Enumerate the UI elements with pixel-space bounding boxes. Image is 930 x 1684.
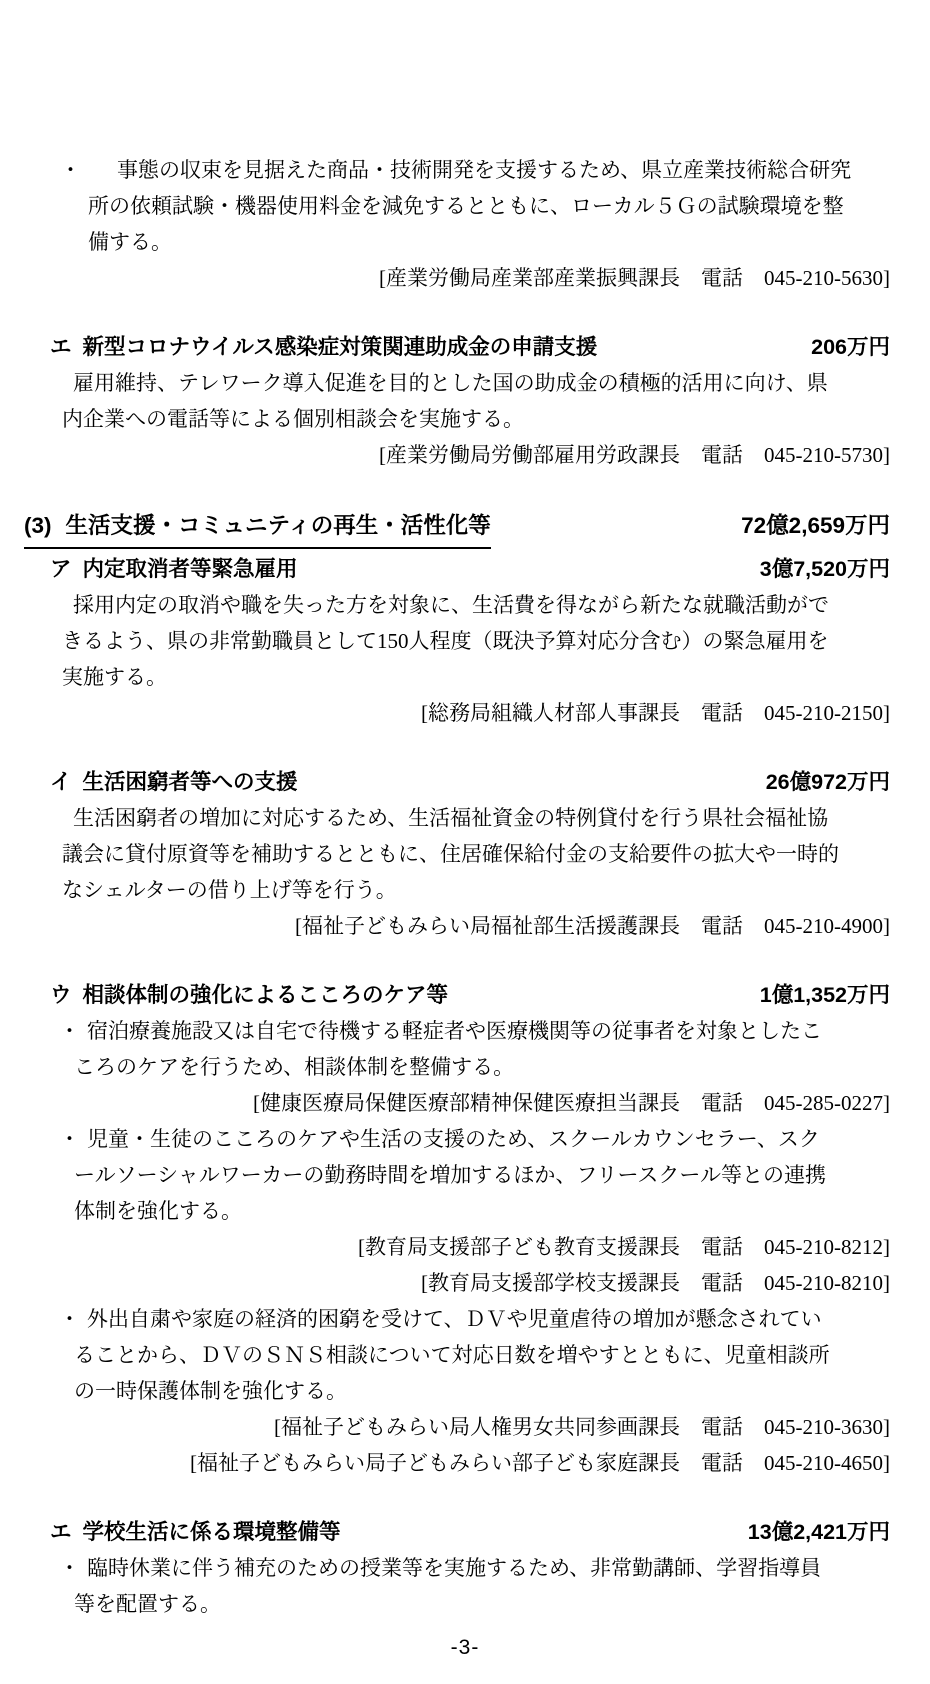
item-amount: 3億7,520万円 xyxy=(760,551,890,587)
item-school-environment: エ学校生活に係る環境整備等 13億2,421万円 ・ 臨時休業に伴う補充のための… xyxy=(24,1514,890,1622)
contact-line: [福祉子どもみらい局福祉部生活援護課長 電話 045-210-4900] xyxy=(24,908,890,944)
page-number: -3- xyxy=(0,1630,930,1666)
item-label: エ xyxy=(50,1520,72,1544)
item-title: 生活困窮者等への支援 xyxy=(83,770,298,794)
item-amount: 1億1,352万円 xyxy=(760,977,890,1013)
item-heading: ウ相談体制の強化によるこころのケア等 1億1,352万円 xyxy=(50,977,890,1013)
intro-bullet-block: ・ 事態の収束を見据えた商品・技術開発を支援するため、県立産業技術総合研究 所の… xyxy=(24,152,890,296)
section-heading-left: (3)生活支援・コミュニティの再生・活性化等 xyxy=(24,506,491,549)
bullet-icon: ・ xyxy=(60,152,81,188)
bullet-icon: ・ xyxy=(59,1301,80,1337)
contact-line: [産業労働局労働部雇用労政課長 電話 045-210-5730] xyxy=(24,437,890,473)
item-title: 学校生活に係る環境整備等 xyxy=(83,1520,341,1544)
item-heading: エ新型コロナウイルス感染症対策関連助成金の申請支援 206万円 xyxy=(50,329,890,365)
bullet-text: 外出自粛や家庭の経済的困窮を受けて、ＤＶや児童虐待の増加が懸念されてい ることか… xyxy=(74,1301,890,1409)
item-heading-left: ウ相談体制の強化によるこころのケア等 xyxy=(50,977,448,1013)
item-heading-left: ア内定取消者等緊急雇用 xyxy=(50,551,298,587)
bullet-text: 児童・生徒のこころのケアや生活の支援のため、スクールカウンセラー、スク ールソー… xyxy=(74,1121,890,1229)
item-label: ウ xyxy=(50,983,72,1007)
paragraph: 生活困窮者の増加に対応するため、生活福祉資金の特例貸付を行う県社会福祉協 議会に… xyxy=(62,800,890,908)
bullet-item: ・ 事態の収束を見据えた商品・技術開発を支援するため、県立産業技術総合研究 所の… xyxy=(88,152,890,260)
item-livelihood-support: イ生活困窮者等への支援 26億972万円 生活困窮者の増加に対応するため、生活福… xyxy=(24,764,890,944)
budget-document-page: ・ 事態の収束を見据えた商品・技術開発を支援するため、県立産業技術総合研究 所の… xyxy=(0,0,930,1622)
item-mental-care: ウ相談体制の強化によるこころのケア等 1億1,352万円 ・ 宿泊療養施設又は自… xyxy=(24,977,890,1481)
item-title: 相談体制の強化によるこころのケア等 xyxy=(83,983,449,1007)
bullet-icon: ・ xyxy=(59,1550,80,1586)
item-grant-application-support: エ新型コロナウイルス感染症対策関連助成金の申請支援 206万円 雇用維持、テレワ… xyxy=(24,329,890,473)
section-label: (3) xyxy=(24,513,52,538)
item-label: ア xyxy=(50,557,72,581)
contact-line: [産業労働局産業部産業振興課長 電話 045-210-5630] xyxy=(24,260,890,296)
bullet-item: ・ 外出自粛や家庭の経済的困窮を受けて、ＤＶや児童虐待の増加が懸念されてい るこ… xyxy=(74,1301,890,1409)
section-heading: (3)生活支援・コミュニティの再生・活性化等 72億2,659万円 xyxy=(24,506,890,549)
paragraph: 雇用維持、テレワーク導入促進を目的とした国の助成金の積極的活用に向け、県 内企業… xyxy=(62,365,890,437)
item-amount: 26億972万円 xyxy=(766,764,890,800)
bullet-item: ・ 臨時休業に伴う補充のための授業等を実施するため、非常勤講師、学習指導員 等を… xyxy=(74,1550,890,1622)
contact-line: [教育局支援部子ども教育支援課長 電話 045-210-8212] xyxy=(24,1229,890,1265)
contact-line: [福祉子どもみらい局人権男女共同参画課長 電話 045-210-3630] xyxy=(24,1409,890,1445)
bullet-item: ・ 児童・生徒のこころのケアや生活の支援のため、スクールカウンセラー、スク ール… xyxy=(74,1121,890,1229)
item-title: 新型コロナウイルス感染症対策関連助成金の申請支援 xyxy=(83,335,598,359)
item-heading-left: エ学校生活に係る環境整備等 xyxy=(50,1514,341,1550)
item-heading-left: イ生活困窮者等への支援 xyxy=(50,764,298,800)
section-title: 生活支援・コミュニティの再生・活性化等 xyxy=(66,513,491,538)
item-title: 内定取消者等緊急雇用 xyxy=(83,557,298,581)
bullet-text: 臨時休業に伴う補充のための授業等を実施するため、非常勤講師、学習指導員 等を配置… xyxy=(74,1550,890,1622)
item-label: エ xyxy=(50,335,72,359)
item-amount: 206万円 xyxy=(811,329,890,365)
bullet-text: 事態の収束を見据えた商品・技術開発を支援するため、県立産業技術総合研究 所の依頼… xyxy=(88,152,890,260)
item-amount: 13億2,421万円 xyxy=(748,1514,890,1550)
section-3-block: (3)生活支援・コミュニティの再生・活性化等 72億2,659万円 ア内定取消者… xyxy=(24,506,890,731)
item-label: イ xyxy=(50,770,72,794)
item-heading-left: エ新型コロナウイルス感染症対策関連助成金の申請支援 xyxy=(50,329,597,365)
paragraph: 採用内定の取消や職を失った方を対象に、生活費を得ながら新たな就職活動がで きるよ… xyxy=(62,587,890,695)
bullet-text: 宿泊療養施設又は自宅で待機する軽症者や医療機関等の従事者を対象としたこ ころのケ… xyxy=(74,1013,890,1085)
bullet-item: ・ 宿泊療養施設又は自宅で待機する軽症者や医療機関等の従事者を対象としたこ ころ… xyxy=(74,1013,890,1085)
contact-line: [総務局組織人材部人事課長 電話 045-210-2150] xyxy=(24,695,890,731)
bullet-icon: ・ xyxy=(59,1121,80,1157)
item-heading: エ学校生活に係る環境整備等 13億2,421万円 xyxy=(50,1514,890,1550)
item-heading: イ生活困窮者等への支援 26億972万円 xyxy=(50,764,890,800)
contact-line: [健康医療局保健医療部精神保健医療担当課長 電話 045-285-0227] xyxy=(24,1085,890,1121)
bullet-icon: ・ xyxy=(59,1013,80,1049)
item-heading: ア内定取消者等緊急雇用 3億7,520万円 xyxy=(50,551,890,587)
contact-line: [教育局支援部学校支援課長 電話 045-210-8210] xyxy=(24,1265,890,1301)
section-amount: 72億2,659万円 xyxy=(741,506,890,546)
contact-line: [福祉子どもみらい局子どもみらい部子ども家庭課長 電話 045-210-4650… xyxy=(24,1445,890,1481)
